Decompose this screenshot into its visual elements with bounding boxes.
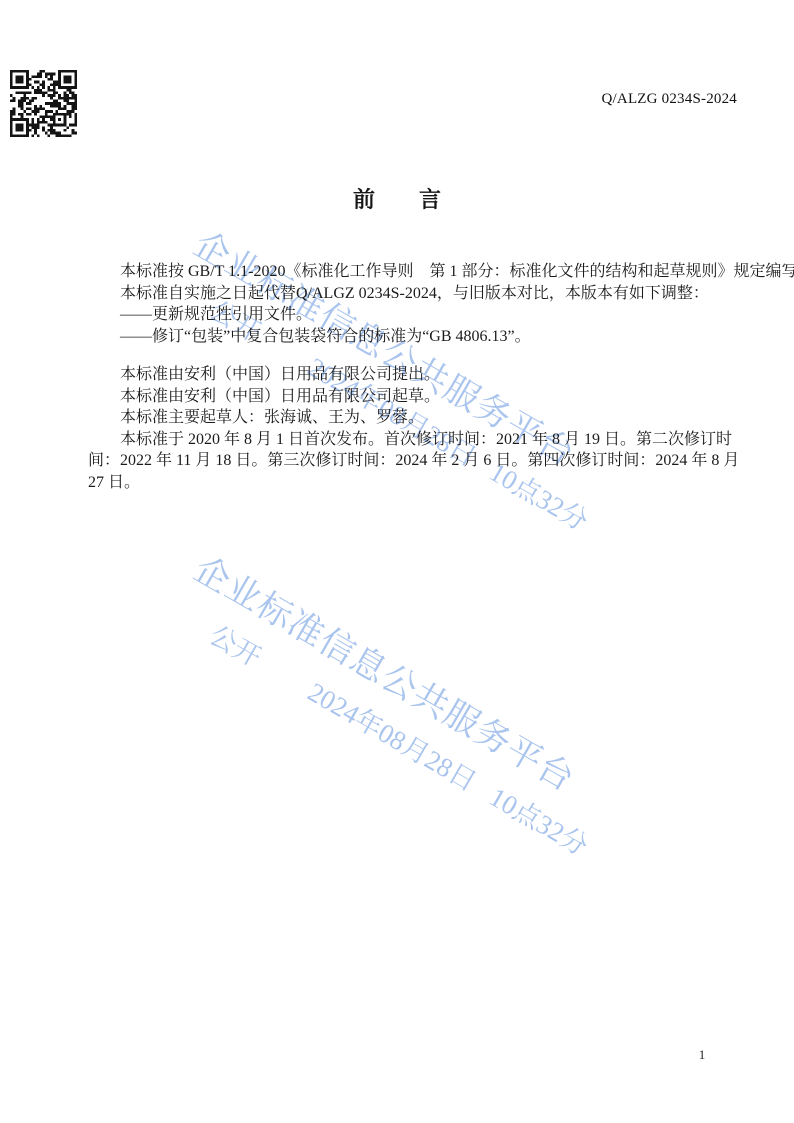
paragraph-replacement: 本标准自实施之日起代替Q/ALGZ 0234S-2024，与旧版本对比，本版本有… [88, 283, 748, 305]
paragraph-proposed-by: 本标准由安利（中国）日用品有限公司提出。 [88, 364, 748, 386]
paragraph-revision-history: 本标准于 2020 年 8 月 1 日首次发布。首次修订时间：2021 年 8 … [88, 429, 748, 494]
paragraph-change-item-1: ——更新规范性引用文件。 [88, 304, 748, 326]
document-page: Q/ALZG 0234S-2024 企业标准信息公共服务平台 公开 2024年0… [0, 0, 794, 1123]
watermark-subline: 公开 2024年08月28日 10点32分 [165, 599, 592, 861]
doc-number: Q/ALZG 0234S-2024 [602, 91, 737, 108]
body-text: 本标准按 GB/T 1.1-2020《标准化工作导则 第 1 部分：标准化文件的… [88, 261, 748, 493]
paragraph-standard-basis: 本标准按 GB/T 1.1-2020《标准化工作导则 第 1 部分：标准化文件的… [88, 261, 748, 283]
page-title: 前 言 [0, 183, 794, 214]
paragraph-change-item-2: ——修订“包装”中复合包装袋符合的标准为“GB 4806.13”。 [88, 326, 748, 348]
watermark-main-text: 企业标准信息公共服务平台 [189, 551, 620, 820]
watermark-public-label: 公开 [205, 622, 265, 672]
qr-code-icon [10, 67, 77, 140]
watermark-time: 10点32分 [485, 783, 592, 860]
watermark: 企业标准信息公共服务平台 公开 2024年08月28日 10点32分 [165, 551, 620, 861]
page-number: 1 [690, 1047, 714, 1063]
watermark-date: 2024年08月28日 [303, 679, 480, 797]
paragraph-drafters: 本标准主要起草人：张海诚、王为、罗蓉。 [88, 407, 748, 429]
paragraph-drafted-by: 本标准由安利（中国）日用品有限公司起草。 [88, 386, 748, 408]
